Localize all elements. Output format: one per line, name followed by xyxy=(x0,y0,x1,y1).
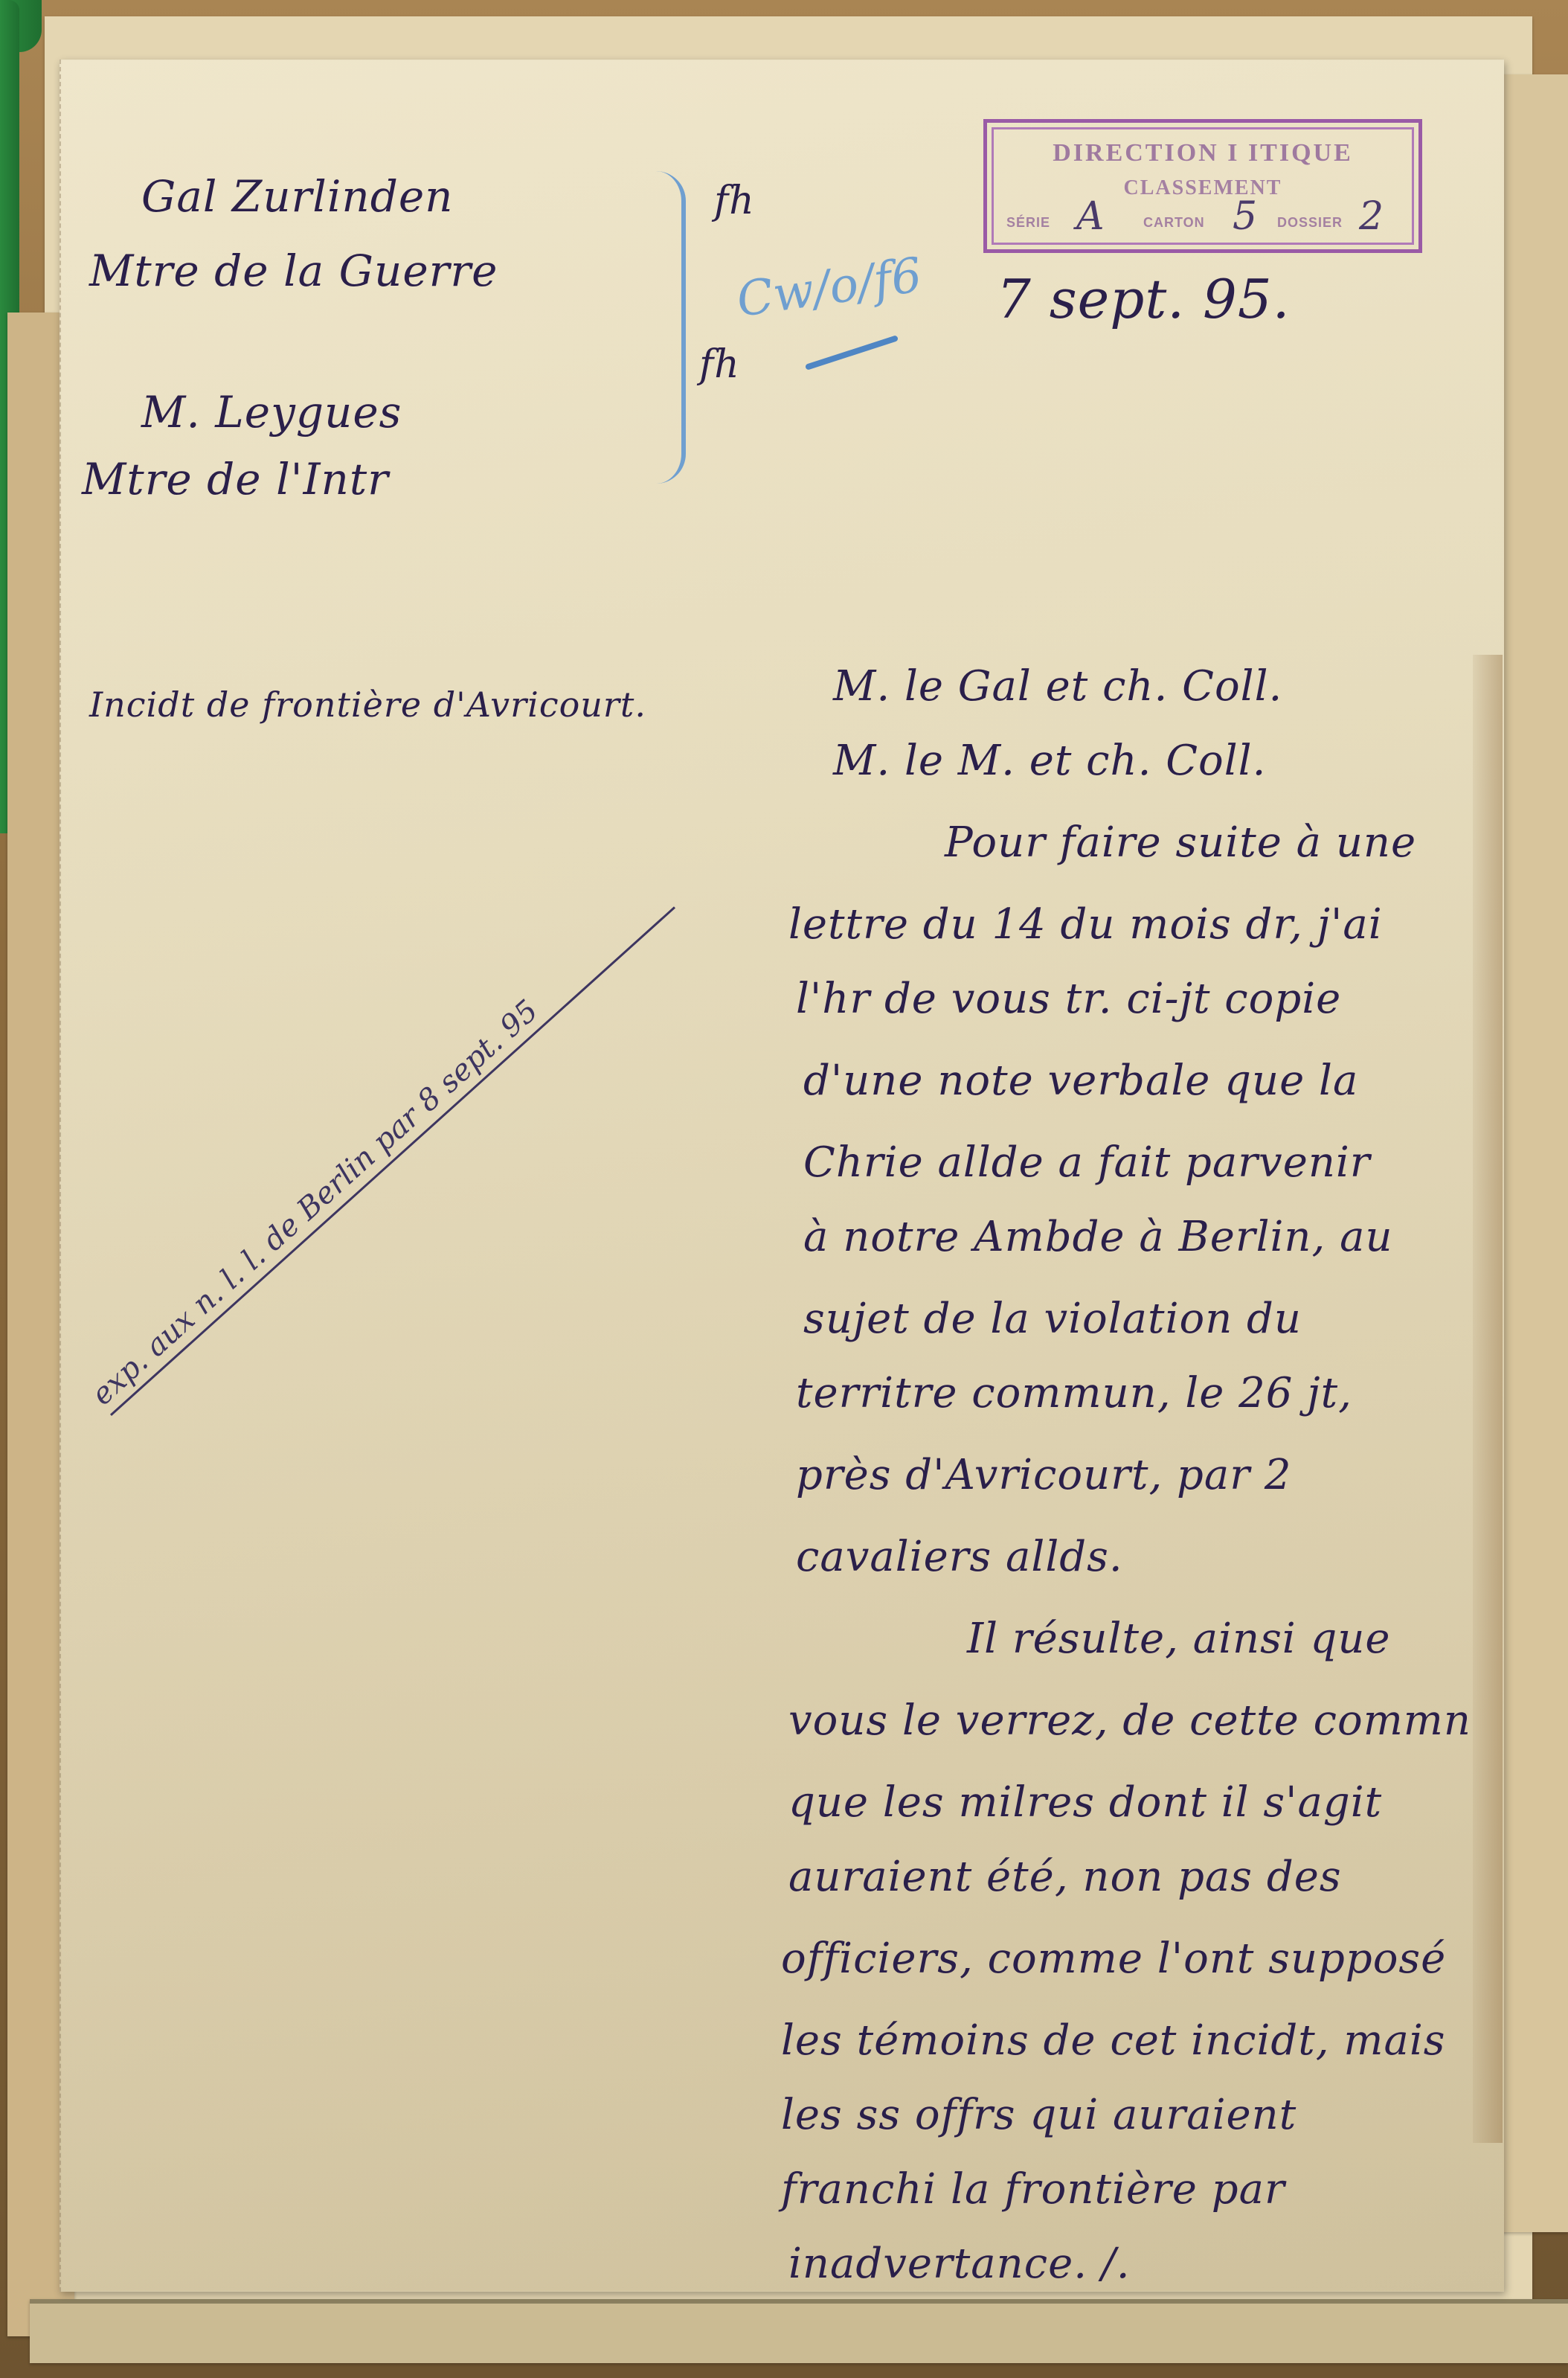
salutation-line: M. le Gal et ch. Coll. xyxy=(833,662,1282,711)
body-line: auraient été, non pas des xyxy=(788,1853,1342,1901)
classification-stamp: DIRECTION I ITIQUE CLASSEMENT SÉRIE A CA… xyxy=(983,119,1422,253)
body-line: près d'Avricourt, par 2 xyxy=(796,1451,1291,1499)
body-line: franchi la frontière par xyxy=(781,2165,1285,2214)
ink-initials-top: fh xyxy=(714,179,755,223)
addressee-line: M. Leygues xyxy=(141,387,402,438)
body-line: à notre Ambde à Berlin, au xyxy=(803,1213,1393,1261)
body-line: d'une note verbale que la xyxy=(803,1057,1358,1105)
stamp-direction: DIRECTION I ITIQUE xyxy=(987,139,1418,167)
stamp-serie-label: SÉRIE xyxy=(1006,215,1050,231)
body-line: officiers, comme l'ont supposé xyxy=(781,1935,1446,1983)
underlying-sheets-bottom xyxy=(30,2299,1568,2363)
salutation-line: M. le M. et ch. Coll. xyxy=(833,737,1266,785)
body-line: Pour faire suite à une xyxy=(945,818,1416,867)
stamp-classement: CLASSEMENT xyxy=(987,176,1418,200)
addressee-line: Mtre de la Guerre xyxy=(89,246,498,296)
body-line: les témoins de cet incidt, mais xyxy=(781,2016,1446,2065)
addressee-line: Mtre de l'Intr xyxy=(82,454,389,504)
body-line: Il résulte, ainsi que xyxy=(967,1615,1391,1663)
stamp-carton-value: 5 xyxy=(1233,194,1257,239)
body-line: vous le verrez, de cette commn xyxy=(788,1696,1471,1745)
subject-line: Incidt de frontière d'Avricourt. xyxy=(89,685,646,725)
body-line: cavaliers allds. xyxy=(796,1533,1123,1581)
stamp-serie-value: A xyxy=(1076,194,1105,239)
blue-brace-mark xyxy=(652,171,686,484)
letter-date: 7 sept. 95. xyxy=(997,268,1291,330)
stamp-carton-label: CARTON xyxy=(1143,215,1205,231)
body-line: inadvertance. /. xyxy=(788,2240,1131,2288)
body-line: les ss offrs qui auraient xyxy=(781,2091,1297,2139)
addressee-line: Gal Zurlinden xyxy=(141,171,454,222)
page-fold-shadow xyxy=(1473,655,1503,2143)
body-line: sujet de la violation du xyxy=(803,1295,1302,1343)
stamp-dossier-label: DOSSIER xyxy=(1277,215,1343,231)
body-line: Chrie allde a fait parvenir xyxy=(803,1138,1371,1187)
stamp-dossier-value: 2 xyxy=(1359,194,1384,239)
body-line: que les milres dont il s'agit xyxy=(788,1778,1382,1827)
ink-initials-bottom: fh xyxy=(699,342,740,387)
body-line: territre commun, le 26 jt, xyxy=(796,1369,1352,1417)
body-line: l'hr de vous tr. ci-jt copie xyxy=(796,975,1341,1023)
body-line: lettre du 14 du mois dr, j'ai xyxy=(788,900,1383,949)
